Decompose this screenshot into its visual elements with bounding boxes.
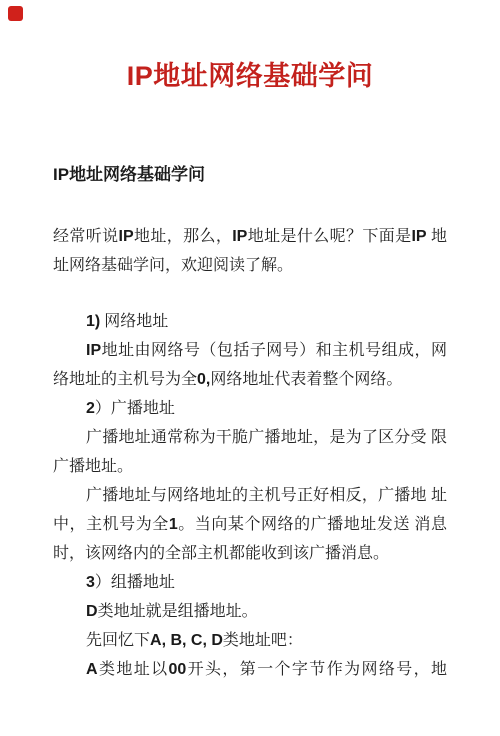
text-run: 类地址就是组播地址。 (98, 603, 258, 620)
text-run: 经常听说 (53, 228, 119, 245)
text-run: IP (119, 228, 134, 245)
text-run: 网络地址 (100, 313, 168, 330)
text-run: 中，主机号为全 (53, 516, 169, 533)
text-line: IP地址网络基础学问 (53, 160, 447, 189)
document-page: IP地址网络基础学问 IP地址网络基础学问经常听说IP地址，那么，IP地址是什么… (0, 0, 500, 736)
text-run: A (86, 661, 98, 678)
text-line: 广播地址。 (53, 452, 447, 481)
text-run: IP (127, 61, 154, 91)
text-line: 时，该网络内的全部主机都能收到该广播消息。 (53, 539, 447, 568)
text-run: 址网络基础学问，欢迎阅读了解。 (53, 257, 293, 274)
text-run: 类地址吧： (223, 632, 303, 649)
text-line: IP地址由网络号（包括子网号）和主机号组成，网 (53, 336, 447, 365)
text-run: 络地址的主机号为全 (53, 371, 197, 388)
text-line: 1) 网络地址 (53, 307, 447, 336)
text-run: 时，该网络内的全部主机都能收到该广播消息。 (53, 545, 389, 562)
text-run: ）广播地址 (95, 400, 175, 417)
document-body: IP地址网络基础学问经常听说IP地址，那么，IP地址是什么呢？下面是IP 地址网… (0, 160, 500, 684)
text-run: 。当向某个网络的广播地址发送 消息 (178, 516, 447, 533)
text-run: IP (232, 228, 247, 245)
text-line: 中，主机号为全1。当向某个网络的广播地址发送 消息 (53, 510, 447, 539)
text-run: 广播地址与网络地址的主机号正好相反，广播地 址 (86, 487, 447, 504)
red-corner-badge (8, 6, 23, 21)
text-run: 00 (168, 661, 186, 678)
text-run: 地址网络基础学问 (69, 165, 205, 184)
text-line: 址网络基础学问，欢迎阅读了解。 (53, 251, 447, 280)
text-line: A类地址以00开头，第一个字节作为网络号，地 (53, 655, 447, 684)
text-run: 网络地址代表着整个网络。 (210, 371, 402, 388)
text-line: 络地址的主机号为全0,网络地址代表着整个网络。 (53, 365, 447, 394)
text-run: 地址，那么， (134, 228, 233, 245)
text-run: 2 (86, 400, 95, 417)
text-run: A, B, C, D (150, 632, 223, 649)
text-run: 地址由网络号（包括子网号）和主机号组成，网 (101, 342, 447, 359)
text-line: 2）广播地址 (53, 394, 447, 423)
text-run: 0, (197, 371, 210, 388)
text-run: D (86, 603, 98, 620)
text-run: 广播地址。 (53, 458, 133, 475)
text-run: 地 (427, 228, 447, 245)
text-run: IP (86, 342, 101, 359)
text-line: 经常听说IP地址，那么，IP地址是什么呢？下面是IP 地 (53, 222, 447, 251)
text-run: 1 (169, 516, 178, 533)
text-line: 广播地址与网络地址的主机号正好相反，广播地 址 (53, 481, 447, 510)
text-line: 3）组播地址 (53, 568, 447, 597)
text-run: 类地址以 (98, 661, 169, 678)
text-line: D类地址就是组播地址。 (53, 597, 447, 626)
text-run: ）组播地址 (95, 574, 175, 591)
text-run: 先回忆下 (86, 632, 150, 649)
text-run: 开头，第一个字节作为网络号，地 (186, 661, 447, 678)
text-run: 3 (86, 574, 95, 591)
text-run: 广播地址通常称为干脆广播地址，是为了区分受 限 (86, 429, 447, 446)
text-run: 地址网络基础学问 (153, 61, 373, 91)
text-line: 广播地址通常称为干脆广播地址，是为了区分受 限 (53, 423, 447, 452)
document-title: IP地址网络基础学问 (0, 56, 500, 96)
text-run: 地址是什么呢？下面是 (247, 228, 411, 245)
text-run: IP (53, 165, 69, 184)
text-run: 1) (86, 313, 100, 330)
text-line: 先回忆下A, B, C, D类地址吧： (53, 626, 447, 655)
text-run: IP (411, 228, 426, 245)
